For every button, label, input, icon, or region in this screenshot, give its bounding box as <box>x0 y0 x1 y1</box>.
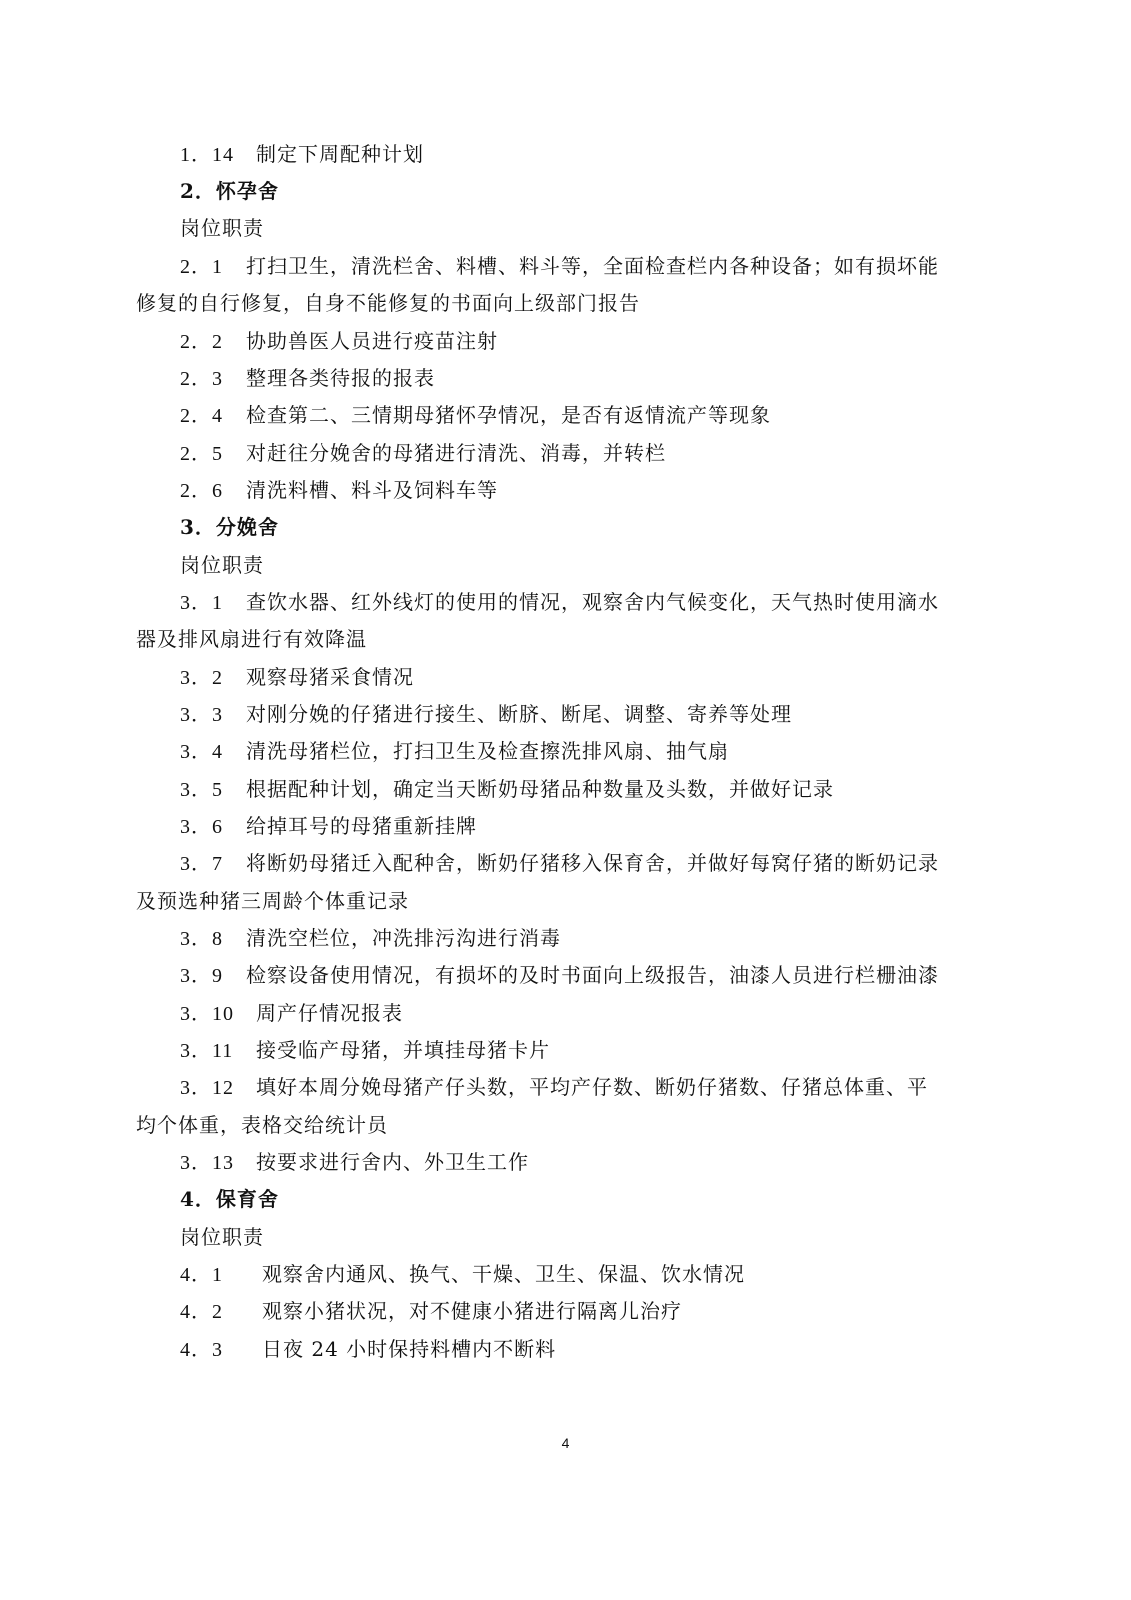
list-item: 3．1查饮水器、红外线灯的使用的情况，观察舍内气候变化，天气热时使用滴水 <box>180 590 939 615</box>
item-number: 2．1 <box>180 255 246 279</box>
item-number: 1．14 <box>180 143 256 167</box>
item-text: 接受临产母猪，并填挂母猪卡片 <box>256 1038 550 1062</box>
item-text: 查饮水器、红外线灯的使用的情况，观察舍内气候变化，天气热时使用滴水 <box>246 590 939 614</box>
list-item: 4．2观察小猪状况，对不健康小猪进行隔离儿治疗 <box>180 1299 682 1324</box>
item-text: 周产仔情况报表 <box>256 1001 403 1025</box>
item-number: 3．5 <box>180 778 246 802</box>
item-text: 观察小猪状况，对不健康小猪进行隔离儿治疗 <box>262 1299 682 1323</box>
item-number: 3．7 <box>180 852 246 876</box>
list-item: 3．5根据配种计划，确定当天断奶母猪品种数量及头数，并做好记录 <box>180 777 834 802</box>
list-item: 2．3整理各类待报的报表 <box>180 366 435 391</box>
item-number: 3．3 <box>180 703 246 727</box>
item-number: 3．10 <box>180 1002 256 1026</box>
list-item: 3．13按要求进行舍内、外卫生工作 <box>180 1150 529 1175</box>
list-item-continuation: 器及排风扇进行有效降温 <box>136 627 367 651</box>
item-text: 观察舍内通风、换气、干燥、卫生、保温、饮水情况 <box>262 1262 745 1286</box>
section-heading: 2．怀孕舍 <box>180 179 279 203</box>
item-text: 打扫卫生，清洗栏舍、料槽、料斗等，全面检查栏内各种设备；如有损坏能 <box>246 254 939 278</box>
item-text: 将断奶母猪迁入配种舍，断奶仔猪移入保育舍，并做好每窝仔猪的断奶记录 <box>246 851 939 875</box>
subheading: 岗位职责 <box>180 216 264 240</box>
item-number: 3．9 <box>180 964 246 988</box>
item-text: 给掉耳号的母猪重新挂牌 <box>246 814 477 838</box>
list-item: 2．1打扫卫生，清洗栏舍、料槽、料斗等，全面检查栏内各种设备；如有损坏能 <box>180 254 939 279</box>
list-item: 2．2协助兽医人员进行疫苗注射 <box>180 329 498 354</box>
item-number: 2．6 <box>180 479 246 503</box>
item-text: 协助兽医人员进行疫苗注射 <box>246 329 498 353</box>
item-text: 清洗母猪栏位，打扫卫生及检查擦洗排风扇、抽气扇 <box>246 739 729 763</box>
section-heading: 3．分娩舍 <box>180 515 279 539</box>
item-number: 3．2 <box>180 666 246 690</box>
item-number: 2．2 <box>180 330 246 354</box>
list-item: 3．10周产仔情况报表 <box>180 1001 403 1026</box>
item-text: 整理各类待报的报表 <box>246 366 435 390</box>
page-number: 4 <box>0 1435 1131 1451</box>
item-text: 根据配种计划，确定当天断奶母猪品种数量及头数，并做好记录 <box>246 777 834 801</box>
item-number: 4．2 <box>180 1300 262 1324</box>
item-number: 4．3 <box>180 1338 262 1362</box>
subheading: 岗位职责 <box>180 553 264 577</box>
list-item: 3．3对刚分娩的仔猪进行接生、断脐、断尾、调整、寄养等处理 <box>180 702 792 727</box>
list-item: 3．9检察设备使用情况，有损坏的及时书面向上级报告，油漆人员进行栏栅油漆 <box>180 963 939 988</box>
list-item: 3．11接受临产母猪，并填挂母猪卡片 <box>180 1038 550 1063</box>
item-number: 2．3 <box>180 367 246 391</box>
item-number: 2．4 <box>180 404 246 428</box>
list-item: 3．2观察母猪采食情况 <box>180 665 414 690</box>
list-item-continuation: 均个体重，表格交给统计员 <box>136 1113 388 1137</box>
list-item: 3．12填好本周分娩母猪产仔头数，平均产仔数、断奶仔猪数、仔猪总体重、平 <box>180 1075 928 1100</box>
item-text: 填好本周分娩母猪产仔头数，平均产仔数、断奶仔猪数、仔猪总体重、平 <box>256 1075 928 1099</box>
list-item: 1．14制定下周配种计划 <box>180 142 424 167</box>
item-number: 3．1 <box>180 591 246 615</box>
item-text: 检察设备使用情况，有损坏的及时书面向上级报告，油漆人员进行栏栅油漆 <box>246 963 939 987</box>
list-item: 3．4清洗母猪栏位，打扫卫生及检查擦洗排风扇、抽气扇 <box>180 739 729 764</box>
list-item: 4．3日夜 24 小时保持料槽内不断料 <box>180 1337 556 1362</box>
list-item: 3．7将断奶母猪迁入配种舍，断奶仔猪移入保育舍，并做好每窝仔猪的断奶记录 <box>180 851 939 876</box>
item-number: 3．12 <box>180 1076 256 1100</box>
item-text: 清洗空栏位，冲洗排污沟进行消毒 <box>246 926 561 950</box>
item-text: 检查第二、三情期母猪怀孕情况，是否有返情流产等现象 <box>246 403 771 427</box>
list-item: 3．8清洗空栏位，冲洗排污沟进行消毒 <box>180 926 561 951</box>
item-text: 观察母猪采食情况 <box>246 665 414 689</box>
item-number: 3．4 <box>180 740 246 764</box>
list-item: 3．6给掉耳号的母猪重新挂牌 <box>180 814 477 839</box>
item-text: 制定下周配种计划 <box>256 142 424 166</box>
list-item-continuation: 及预选种猪三周龄个体重记录 <box>136 889 409 913</box>
document-page: 1．14制定下周配种计划 2．怀孕舍 岗位职责 2．1打扫卫生，清洗栏舍、料槽、… <box>0 0 1131 1600</box>
item-number: 3．13 <box>180 1151 256 1175</box>
list-item-continuation: 修复的自行修复，自身不能修复的书面向上级部门报告 <box>136 291 640 315</box>
item-text: 按要求进行舍内、外卫生工作 <box>256 1150 529 1174</box>
item-text: 对赶往分娩舍的母猪进行清洗、消毒，并转栏 <box>246 441 666 465</box>
item-text: 对刚分娩的仔猪进行接生、断脐、断尾、调整、寄养等处理 <box>246 702 792 726</box>
section-heading: 4．保育舍 <box>180 1187 279 1211</box>
item-number: 3．6 <box>180 815 246 839</box>
item-number: 3．11 <box>180 1039 256 1063</box>
list-item: 2．4检查第二、三情期母猪怀孕情况，是否有返情流产等现象 <box>180 403 771 428</box>
list-item: 2．6清洗料槽、料斗及饲料车等 <box>180 478 498 503</box>
list-item: 2．5对赶往分娩舍的母猪进行清洗、消毒，并转栏 <box>180 441 666 466</box>
subheading: 岗位职责 <box>180 1225 264 1249</box>
item-text: 日夜 24 小时保持料槽内不断料 <box>262 1337 556 1361</box>
item-number: 3．8 <box>180 927 246 951</box>
item-number: 4．1 <box>180 1263 262 1287</box>
list-item: 4．1观察舍内通风、换气、干燥、卫生、保温、饮水情况 <box>180 1262 745 1287</box>
item-number: 2．5 <box>180 442 246 466</box>
item-text: 清洗料槽、料斗及饲料车等 <box>246 478 498 502</box>
